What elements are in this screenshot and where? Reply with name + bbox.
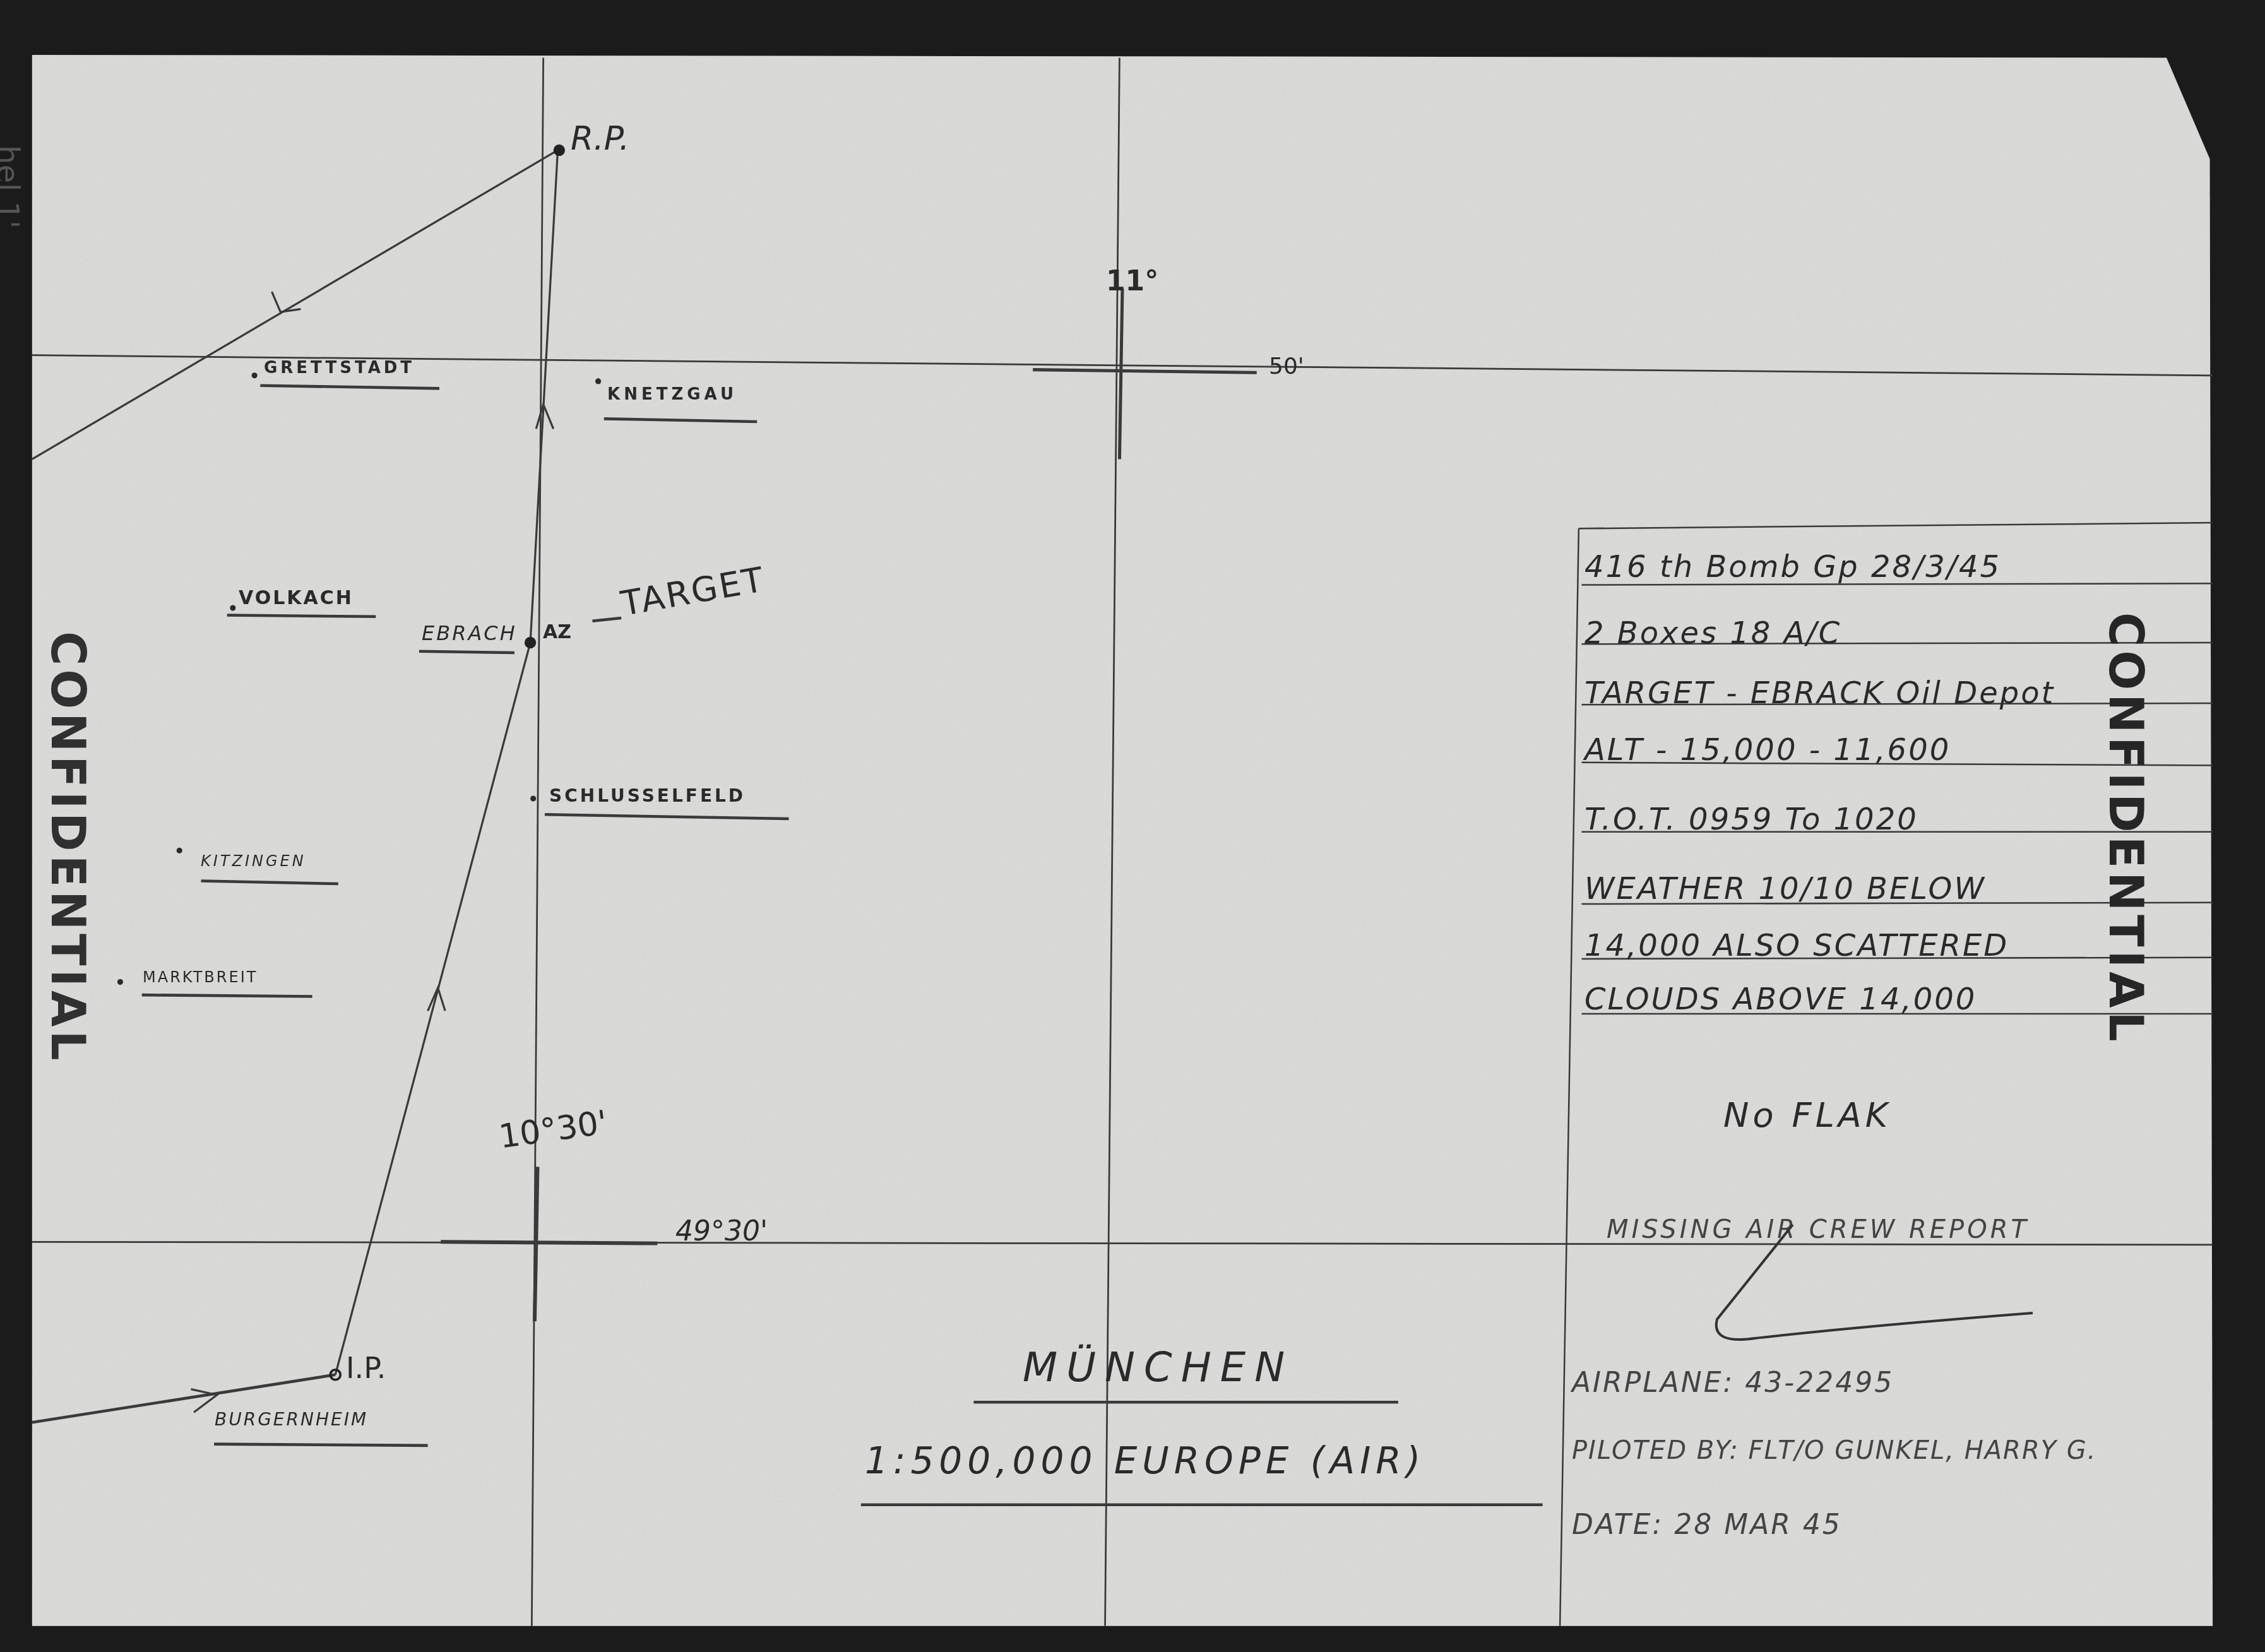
mission-line-target: TARGET - EBRACK Oil Depot <box>1584 675 2055 711</box>
piloted-by: PILOTED BY: FLT/O GUNKEL, HARRY G. <box>1572 1436 2097 1465</box>
lat-49-30-label: 49°30' <box>675 1215 768 1247</box>
mission-map-document: hel 1' R.P. 11° 50' GRETTSTADT KNETZGAU … <box>0 0 2265 1652</box>
target-label: TARGET <box>618 559 768 624</box>
flak-note: No FLAK <box>1723 1095 1891 1135</box>
ip-town-burgernheim: BURGERNHEIM <box>215 1409 368 1430</box>
mission-line-boxes: 2 Boxes 18 A/C <box>1584 615 1841 651</box>
corner-note: hel 1' <box>0 145 25 229</box>
mission-line-clouds: CLOUDS ABOVE 14,000 <box>1584 982 1977 1017</box>
town-volkach: VOLKACH <box>239 587 354 609</box>
target-marker-text: AZ <box>543 621 571 643</box>
mission-line-weather-2: 14,000 ALSO SCATTERED <box>1584 928 2009 963</box>
town-grettstadt: GRETTSTADT <box>264 359 415 377</box>
airplane-serial: AIRPLANE: 43-22495 <box>1572 1367 1894 1399</box>
map-sheet-title: MÜNCHEN <box>1023 1345 1293 1391</box>
signature-squiggle <box>1704 1218 2039 1357</box>
ip-label: I.P. <box>346 1351 386 1385</box>
mission-line-group: 416 th Bomb Gp 28/3/45 <box>1584 549 2001 585</box>
lon-10-30-label: 10°30' <box>497 1103 610 1156</box>
confidential-stamp-right: CONFIDENTIAL <box>2098 612 2153 1045</box>
lat-50-mark: 50' <box>1269 354 1304 379</box>
report-date: DATE: 28 MAR 45 <box>1572 1509 1842 1541</box>
mission-line-altitude: ALT - 15,000 - 11,600 <box>1584 732 1951 768</box>
mission-line-weather: WEATHER 10/10 BELOW <box>1584 871 1986 906</box>
map-scale-label: 1:500,000 EUROPE (AIR) <box>865 1439 1425 1482</box>
lon-11-label: 11° <box>1106 265 1158 297</box>
town-ebrach: EBRACH <box>422 621 517 645</box>
town-marktbreit: MARKTBREIT <box>143 968 258 986</box>
town-kitzingen: KITZINGEN <box>201 852 306 870</box>
town-knetzgau: KNETZGAU <box>607 385 737 404</box>
confidential-stamp-left: CONFIDENTIAL <box>40 631 95 1064</box>
mission-line-tot: T.O.T. 0959 To 1020 <box>1584 802 1918 837</box>
rp-label: R.P. <box>571 120 629 158</box>
town-schlusselfeld: SCHLUSSELFELD <box>549 785 746 806</box>
